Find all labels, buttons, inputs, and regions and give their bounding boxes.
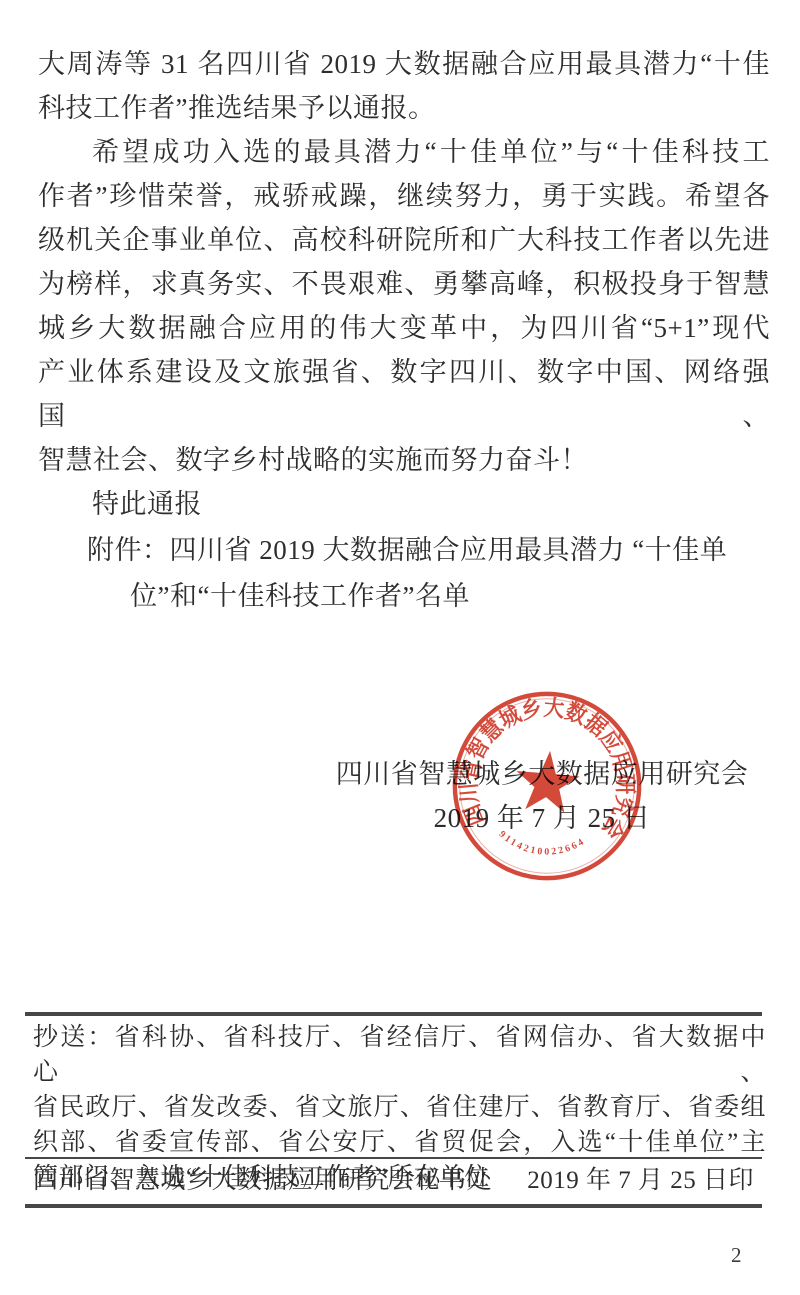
document-page: 大周涛等 31 名四川省 2019 大数据融合应用最具潜力“十佳 科技工作者”推…	[0, 0, 800, 1295]
footer-top-rule	[25, 1012, 762, 1016]
issuer-name: 四川省智慧城乡大数据应用研究会秘书处	[33, 1163, 492, 1199]
body-line: 科技工作者”推选结果予以通报。	[38, 86, 770, 130]
body-line: 作者”珍惜荣誉，戒骄戒躁，继续努力，勇于实践。希望各	[38, 174, 770, 218]
body-line: 产业体系建设及文旅强省、数字四川、数字中国、网络强国、	[38, 350, 770, 438]
body-line: 为榜样，求真务实、不畏艰难、勇攀高峰，积极投身于智慧	[38, 262, 770, 306]
signature-block: 四川省智慧城乡大数据应用研究会 2019 年 7 月 25 日	[334, 752, 750, 840]
attachment-line: 附件：四川省 2019 大数据融合应用最具潜力 “十佳单	[87, 527, 782, 573]
cc-line: 抄送：省科协、省科技厅、省经信厅、省网信办、省大数据中心、	[33, 1020, 766, 1090]
signature-org: 四川省智慧城乡大数据应用研究会	[334, 752, 750, 796]
cc-line: 织部、省委宣传部、省公安厅、省贸促会，入选“十佳单位”主	[33, 1125, 766, 1160]
body-line: 智慧社会、数字乡村战略的实施而努力奋斗！	[38, 438, 770, 482]
print-date: 2019 年 7 月 25 日印	[527, 1163, 760, 1199]
body-line: 大周涛等 31 名四川省 2019 大数据融合应用最具潜力“十佳	[38, 42, 770, 86]
body-line-closing: 特此通报	[38, 482, 770, 526]
body-line: 城乡大数据融合应用的伟大变革中，为四川省“5+1”现代	[38, 306, 770, 350]
page-number: 2	[731, 1243, 742, 1268]
body-line: 希望成功入选的最具潜力“十佳单位”与“十佳科技工	[38, 130, 770, 174]
body-line: 级机关企事业单位、高校科研院所和广大科技工作者以先进	[38, 218, 770, 262]
cc-line: 省民政厅、省发改委、省文旅厅、省住建厅、省教育厅、省委组	[33, 1090, 766, 1125]
attachment-line: 位”和“十佳科技工作者”名单	[87, 573, 782, 619]
footer-middle-rule	[25, 1157, 762, 1159]
issuer-row: 四川省智慧城乡大数据应用研究会秘书处 2019 年 7 月 25 日印	[33, 1163, 760, 1199]
attachment-note: 附件：四川省 2019 大数据融合应用最具潜力 “十佳单 位”和“十佳科技工作者…	[87, 527, 782, 619]
signature-date: 2019 年 7 月 25 日	[334, 796, 750, 840]
footer-bottom-rule	[25, 1204, 762, 1208]
body-text: 大周涛等 31 名四川省 2019 大数据融合应用最具潜力“十佳 科技工作者”推…	[38, 42, 770, 526]
